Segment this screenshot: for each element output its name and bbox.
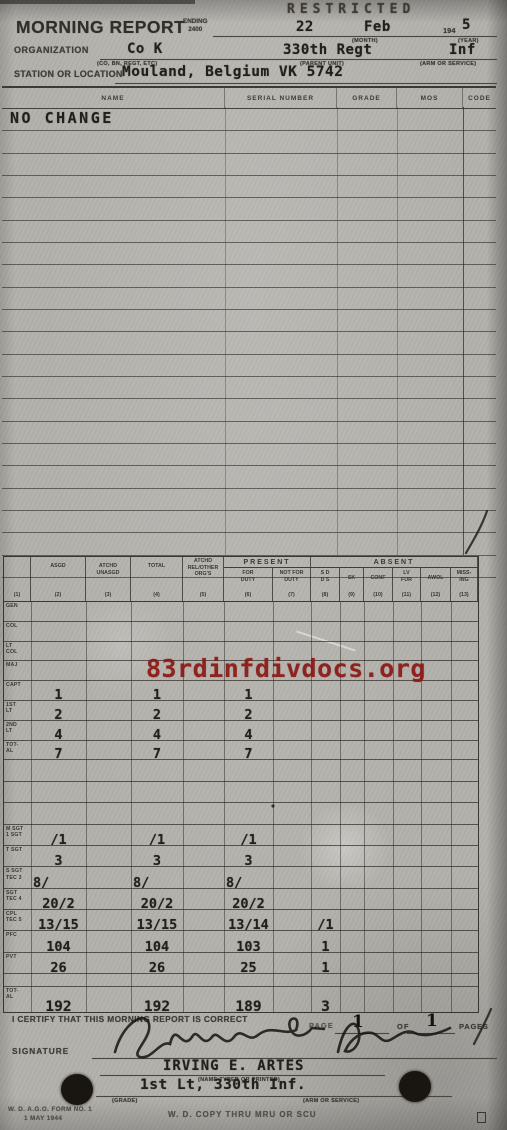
col-mos: MOS xyxy=(397,88,463,108)
row-label: MAJ xyxy=(6,662,30,668)
grade-line: 1st Lt, 330th Inf. xyxy=(140,1077,306,1093)
parent-unit-value: 330th Regt xyxy=(283,42,372,58)
strength-row-pfc: PFC1041041031 xyxy=(4,931,478,952)
col-num: (3) xyxy=(86,590,131,601)
roster-row xyxy=(2,399,496,421)
col-num: (13) xyxy=(451,590,478,601)
col-num: (8) xyxy=(311,590,340,601)
grade-sub-label: (GRADE) xyxy=(112,1098,138,1104)
row-label: CPL TEC 5 xyxy=(6,911,30,923)
punch-hole-left xyxy=(61,1074,93,1105)
report-day: 22 xyxy=(296,19,314,35)
organization-value: Co K xyxy=(127,41,163,57)
station-rule xyxy=(115,83,497,84)
strength-row-blank xyxy=(4,803,478,825)
strength-row-sgt: SGT TEC 420/220/220/2 xyxy=(4,889,478,910)
col-serial-number: SERIAL NUMBER xyxy=(225,88,337,108)
strength-row-col: COL xyxy=(4,622,478,642)
roster-divider xyxy=(397,107,398,555)
ending-2400-label: ENDING 2400 xyxy=(183,18,208,33)
header-cell-not-for-duty: NOT FOR DUTY xyxy=(273,568,311,590)
strength-row-total: TOT- AL1921921893 xyxy=(4,987,478,1012)
punch-hole-right xyxy=(399,1071,431,1102)
row-label: PVT xyxy=(6,954,30,960)
org-rule xyxy=(100,59,497,60)
page-label: PAGE xyxy=(309,1021,334,1030)
group-present: PRESENT xyxy=(224,557,311,568)
strength-row-blank xyxy=(4,974,478,987)
footer-checkbox xyxy=(477,1112,486,1123)
roster-row xyxy=(2,489,496,511)
header-cell-conf: CONF xyxy=(364,568,393,590)
report-month: Feb xyxy=(364,19,391,35)
strength-row-blank xyxy=(4,760,478,782)
header-cell-total: TOTAL xyxy=(131,557,183,590)
roster-row xyxy=(2,198,496,220)
row-label: 2ND LT xyxy=(6,722,30,734)
col-code: CODE xyxy=(463,88,496,108)
strength-row-cpl: CPL TEC 513/1513/1513/14/1 xyxy=(4,910,478,931)
roster-divider xyxy=(463,107,464,555)
row-label: S SGT TEC 3 xyxy=(6,868,30,880)
strength-table: ASGD ATCHD UNASGD TOTAL ATCHD REL/OTHER … xyxy=(3,556,479,1013)
pages-rule xyxy=(407,1033,455,1034)
header-cell-missing: MISS- ING xyxy=(451,568,478,590)
header-cell-atchd-unasgd: ATCHD UNASGD xyxy=(86,557,131,590)
strength-row-msgt: M SGT 1 SGT/1/1/1 xyxy=(4,825,478,846)
strength-header: ASGD ATCHD UNASGD TOTAL ATCHD REL/OTHER … xyxy=(4,557,478,602)
strength-row-tot-off: TOT- AL777 xyxy=(4,741,478,761)
morning-report-scan: RESTRICTED MORNING REPORT ENDING 2400 22… xyxy=(0,0,507,1130)
roster-row xyxy=(2,265,496,287)
row-label: LT COL xyxy=(6,643,30,655)
page-number: 1 xyxy=(352,1012,364,1032)
row-label: SGT TEC 4 xyxy=(6,890,30,902)
roster-row xyxy=(2,444,496,466)
roster-row xyxy=(2,154,496,176)
col-num: (9) xyxy=(340,590,364,601)
arm-sub-label: (ARM OR SERVICE) xyxy=(420,61,476,67)
row-label: PFC xyxy=(6,932,30,938)
col-num: (6) xyxy=(224,590,273,601)
grade-rule xyxy=(96,1096,452,1097)
header-cell-atchd-other: ATCHD REL/OTHER ORG'S xyxy=(183,557,224,590)
duty-value: 189 xyxy=(224,999,273,1015)
col-num: (7) xyxy=(273,590,311,601)
sd-value: 3 xyxy=(311,999,340,1015)
roster-divider xyxy=(337,107,338,555)
strength-row-tsgt: T SGT333 xyxy=(4,846,478,867)
strength-row-1stlt: 1ST LT222 xyxy=(4,701,478,721)
page-rule xyxy=(335,1033,389,1034)
name-typed: IRVING E. ARTES xyxy=(163,1058,304,1074)
header-cell-lv-fur: LV FUR xyxy=(393,568,421,590)
col-num: (4) xyxy=(131,590,183,601)
row-label: CAPT xyxy=(6,682,30,688)
roster-row xyxy=(2,221,496,243)
scan-edge-artifact xyxy=(0,0,195,4)
total-value: 192 xyxy=(131,999,183,1015)
col-num: (10) xyxy=(364,590,393,601)
roster-table: NAME SERIAL NUMBER GRADE MOS CODE xyxy=(2,86,496,578)
row-label: TOT- AL xyxy=(6,742,30,754)
station-value: Mouland, Belgium VK 5742 xyxy=(122,64,344,80)
roster-row xyxy=(2,466,496,488)
arm-service-sub-label: (ARM OR SERVICE) xyxy=(303,1098,359,1104)
strength-row-pvt: PVT2626251 xyxy=(4,953,478,974)
header-cell-sd: S D D S xyxy=(311,568,340,590)
row-label: TOT- AL xyxy=(6,988,30,1000)
form-title: MORNING REPORT xyxy=(16,17,185,38)
col-name: NAME xyxy=(2,88,225,108)
strength-row-2ndlt: 2ND LT444 xyxy=(4,721,478,741)
col-num: (2) xyxy=(31,590,86,601)
pages-number: 1 xyxy=(426,1011,438,1031)
form-date: 1 MAY 1944 xyxy=(24,1115,62,1122)
roster-row xyxy=(2,511,496,533)
watermark: 83rdinfdivdocs.org xyxy=(146,654,426,683)
of-label: OF xyxy=(397,1022,409,1031)
strength-row-gen: GEN xyxy=(4,602,478,622)
row-label: M SGT 1 SGT xyxy=(6,826,30,838)
row-label: COL xyxy=(6,623,30,629)
copy-note: W. D. COPY THRU MRU OR SCU xyxy=(168,1110,317,1119)
col-num: (12) xyxy=(421,590,451,601)
restricted-stamp: RESTRICTED xyxy=(287,2,415,17)
col-num: (11) xyxy=(393,590,421,601)
certify-text: I CERTIFY THAT THIS MORNING REPORT IS CO… xyxy=(12,1014,248,1024)
header-cell-sk: SK xyxy=(340,568,364,590)
row-label: GEN xyxy=(6,603,30,609)
strength-row-capt: CAPT111 xyxy=(4,681,478,701)
signature-label: SIGNATURE xyxy=(12,1046,69,1056)
row-label: 1ST LT xyxy=(6,702,30,714)
asgd-value: 192 xyxy=(31,999,86,1015)
name-rule xyxy=(100,1075,385,1076)
header-cell-awol: AWOL xyxy=(421,568,451,590)
roster-row xyxy=(2,422,496,444)
header-cell-asgd: ASGD xyxy=(31,557,86,590)
form-number: W. D. A.G.O. FORM NO. 1 xyxy=(8,1106,92,1113)
group-absent: ABSENT xyxy=(311,557,478,568)
roster-row xyxy=(2,131,496,153)
roster-row xyxy=(2,355,496,377)
station-label: STATION OR LOCATION xyxy=(14,69,123,79)
roster-row xyxy=(2,332,496,354)
roster-header: NAME SERIAL NUMBER GRADE MOS CODE xyxy=(2,86,496,109)
header-cell-for-duty: FOR DUTY xyxy=(224,568,273,590)
roster-row xyxy=(2,377,496,399)
roster-row xyxy=(2,533,496,555)
header-cell xyxy=(4,557,31,590)
arm-value: Inf xyxy=(449,42,476,58)
organization-label: ORGANIZATION xyxy=(14,45,89,55)
col-num: (1) xyxy=(4,590,31,601)
pages-label: PAGES xyxy=(459,1022,489,1031)
roster-row xyxy=(2,288,496,310)
roster-row xyxy=(2,176,496,198)
col-grade: GRADE xyxy=(337,88,397,108)
roster-row xyxy=(2,310,496,332)
roster-entry-no-change: NO CHANGE xyxy=(10,109,114,127)
strength-row-ssgt: S SGT TEC 38/8/8/ xyxy=(4,867,478,888)
roster-divider xyxy=(225,107,226,555)
year-printed: 194 xyxy=(443,26,456,35)
col-num: (5) xyxy=(183,590,224,601)
report-year: 5 xyxy=(462,17,471,33)
row-label: T SGT xyxy=(6,847,30,853)
strength-row-blank xyxy=(4,782,478,804)
roster-row xyxy=(2,243,496,265)
